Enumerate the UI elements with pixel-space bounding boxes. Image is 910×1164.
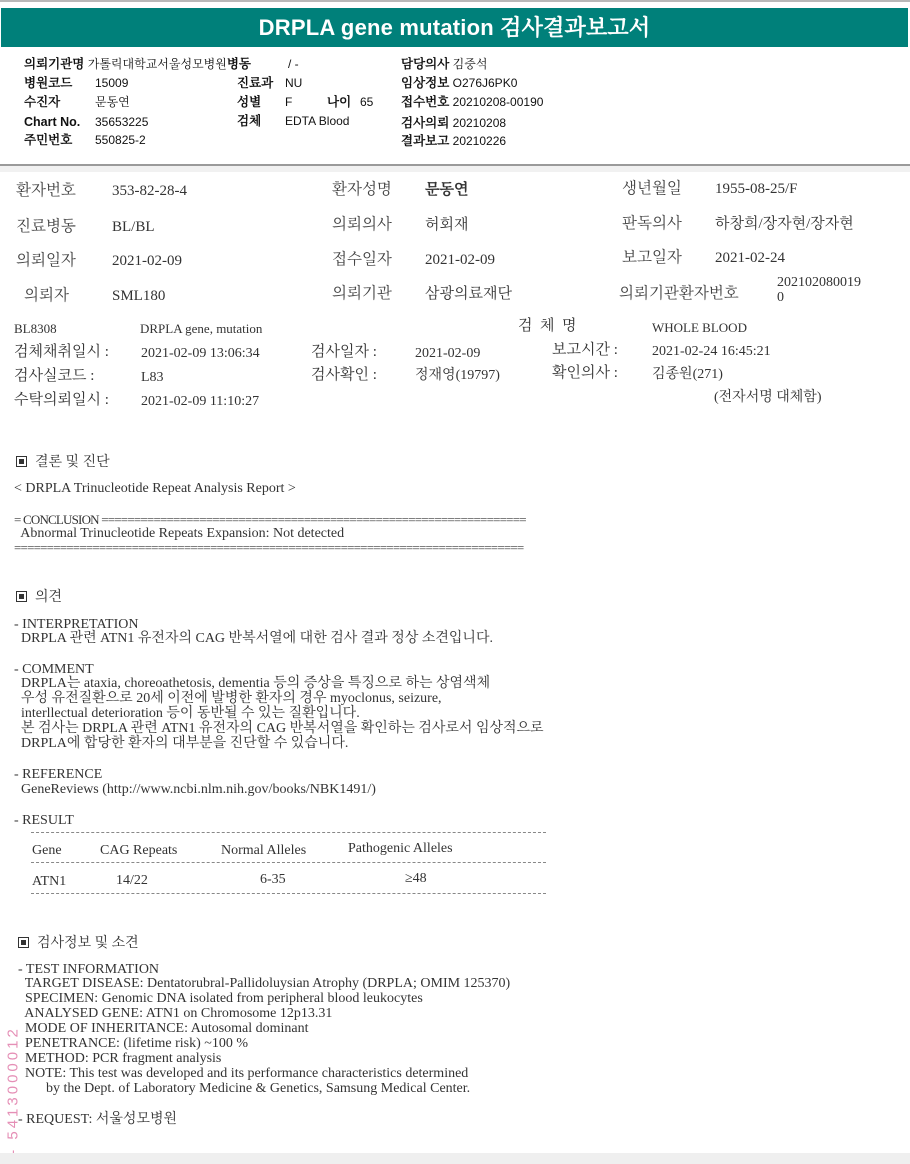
patient-value: 문동연 [95, 95, 130, 109]
conclusion-text: Abnormal Trinucleotide Repeats Expansion… [14, 526, 344, 541]
chart-label: Chart No. [24, 115, 80, 129]
report-time-label: 보고시간 : [552, 343, 618, 358]
side-stamp-number: - 5413000012 [5, 1026, 22, 1156]
institution-field: 의뢰기관명 가톨릭대학교서울성모병원병동 [24, 57, 251, 71]
test-date-value: 2021-02-09 [415, 346, 480, 361]
birthdate-label: 생년월일 [622, 180, 682, 198]
institution-patient-no-value-line1: 202102080019 [777, 276, 861, 290]
test-info-line: by the Dept. of Laboratory Medicine & Ge… [18, 1081, 470, 1096]
sex-label: 성별 [237, 95, 261, 109]
comment-line: DRPLA는 ataxia, choreoathetosis, dementia… [14, 676, 490, 691]
institution-patient-no-value-line2: 0 [777, 291, 784, 305]
test-info-line: ANALYSED GENE: ATN1 on Chromosome 12p13.… [18, 1006, 332, 1021]
interpretation-heading: - INTERPRETATION [14, 617, 138, 632]
request-date-label: 의뢰일자 [16, 252, 76, 270]
conclusion-rule-bottom: ========================================… [14, 540, 523, 555]
requesting-institution-label: 의뢰기관 [332, 285, 392, 303]
institution-value: 가톨릭대학교서울성모병원 [88, 57, 227, 71]
age-value: 65 [360, 95, 373, 109]
requesting-institution-value: 삼광의료재단 [425, 285, 512, 303]
doctor-field: 담당의사 김중석 [401, 57, 487, 71]
age-label: 나이 [327, 95, 351, 109]
patient-name-value: 문동연 [425, 181, 468, 199]
specimen-label: 검체 [237, 114, 261, 128]
institution-label: 의뢰기관명 [24, 57, 84, 71]
requester-label: 의뢰자 [24, 287, 69, 305]
outsourced-value: 2021-02-09 11:10:27 [141, 394, 259, 409]
receipt-date-label: 접수일자 [332, 251, 392, 269]
table-cell-normal: 6-35 [260, 872, 286, 887]
top-border [0, 0, 910, 2]
test-code: BL8308 [14, 321, 57, 336]
rrn-value: 550825-2 [95, 133, 146, 147]
table-header-cag: CAG Repeats [100, 843, 177, 858]
result-report-value: 20210226 [453, 134, 506, 148]
patient-label: 수진자 [24, 95, 60, 109]
lab-code-value: L83 [141, 370, 164, 385]
interpretation-text: DRPLA 관련 ATN1 유전자의 CAG 반복서열에 대한 검사 결과 정상… [14, 631, 493, 646]
request-field: 검사의뢰 20210208 [401, 116, 506, 130]
comment-heading: - COMMENT [14, 662, 94, 677]
result-report-field: 결과보고 20210226 [401, 134, 506, 148]
doctor-label: 담당의사 [401, 57, 449, 71]
reading-doctor-label: 판독의사 [622, 215, 682, 233]
reference-heading: - REFERENCE [14, 767, 102, 782]
chart-value: 35653225 [95, 115, 148, 129]
rrn-label: 주민번호 [24, 133, 72, 147]
hospital-code-label: 병원코드 [24, 76, 72, 90]
test-date-label: 검사일자 : [311, 345, 377, 360]
department-label: 진료과 [237, 76, 273, 90]
reading-doctor-value: 하창희/장자현/장자현 [715, 215, 854, 233]
table-rule [31, 893, 546, 894]
collected-label: 검체채취일시 : [14, 345, 109, 360]
report-date-value: 2021-02-24 [715, 249, 785, 267]
opinion-section-title: 의견 [16, 586, 62, 606]
report-date-label: 보고일자 [622, 249, 682, 267]
comment-line: DRPLA에 합당한 환자의 대부분을 진단할 수 있습니다. [14, 736, 348, 751]
outsourced-label: 수탁의뢰일시 : [14, 393, 109, 408]
ward-value: BL/BL [112, 218, 155, 236]
collected-value: 2021-02-09 13:06:34 [141, 346, 260, 361]
signature-note: (전자서명 대체함) [714, 390, 822, 405]
clinical-value: O276J6PK0 [453, 76, 518, 90]
test-info-line: PENETRANCE: (lifetime risk) ~100 % [18, 1036, 248, 1051]
verified-label: 검사확인 : [311, 368, 377, 383]
section-square-icon [18, 937, 29, 948]
receipt-field: 접수번호 20210208-00190 [401, 95, 543, 109]
test-info-section-title: 검사정보 및 소견 [18, 932, 139, 952]
table-header-pathogenic: Pathogenic Alleles [348, 841, 453, 856]
sex-value: F [285, 95, 292, 109]
referring-doctor-label: 의뢰의사 [332, 216, 392, 234]
result-report-label: 결과보고 [401, 134, 449, 148]
divider-band [0, 166, 910, 172]
request-line: - REQUEST: 서울성모병원 [18, 1112, 177, 1127]
patient-no-value: 353-82-28-4 [112, 182, 187, 200]
request-label: 검사의뢰 [401, 116, 449, 130]
clinical-label: 임상정보 [401, 76, 449, 90]
section-square-icon [16, 456, 27, 467]
lab-code-label: 검사실코드 : [14, 369, 94, 384]
specimen-value: EDTA Blood [285, 114, 349, 128]
birthdate-value: 1955-08-25/F [715, 180, 798, 198]
requester-value: SML180 [112, 287, 165, 305]
table-rule [31, 832, 546, 833]
ward-label: 진료병동 [16, 218, 76, 236]
test-info-line: NOTE: This test was developed and its pe… [18, 1066, 468, 1081]
conclusion-rule-top: = CONCLUSION ===========================… [14, 512, 526, 527]
test-info-line: MODE OF INHERITANCE: Autosomal dominant [18, 1021, 309, 1036]
institution-patient-no-label: 의뢰기관환자번호 [619, 285, 739, 303]
comment-line: 본 검사는 DRPLA 관련 ATN1 유전자의 CAG 반복서열을 확인하는 … [14, 721, 544, 736]
conclusion-section-title: 결론 및 진단 [16, 451, 110, 471]
table-cell-cag: 14/22 [116, 873, 148, 888]
section-square-icon [16, 591, 27, 602]
ward-label: 병동 [227, 57, 251, 71]
test-info-line: METHOD: PCR fragment analysis [18, 1051, 221, 1066]
receipt-date-value: 2021-02-09 [425, 251, 495, 269]
report-time-value: 2021-02-24 16:45:21 [652, 344, 771, 359]
department-value: NU [285, 76, 302, 90]
result-heading: - RESULT [14, 813, 74, 828]
patient-name-label: 환자성명 [332, 181, 392, 199]
table-cell-pathogenic: ≥48 [405, 871, 427, 886]
table-header-normal: Normal Alleles [221, 843, 306, 858]
confirm-doctor-value: 김종원(271) [652, 367, 723, 382]
table-rule [31, 862, 546, 863]
verified-value: 정재영(19797) [415, 368, 500, 383]
specimen-name-value: WHOLE BLOOD [652, 320, 747, 335]
confirm-doctor-label: 확인의사 : [552, 366, 618, 381]
comment-line: 우성 유전질환으로 20세 이전에 발병한 환자의 경우 myoclonus, … [14, 691, 442, 706]
reference-text: GeneReviews (http://www.ncbi.nlm.nih.gov… [14, 782, 376, 797]
receipt-label: 접수번호 [401, 95, 449, 109]
request-value: 20210208 [453, 116, 506, 130]
bottom-band [0, 1153, 910, 1164]
test-info-heading: - TEST INFORMATION [18, 962, 159, 977]
table-cell-gene: ATN1 [32, 874, 66, 889]
clinical-field: 임상정보 O276J6PK0 [401, 76, 517, 90]
test-info-line: SPECIMEN: Genomic DNA isolated from peri… [18, 991, 423, 1006]
referring-doctor-value: 허회재 [425, 216, 468, 234]
test-info-line: TARGET DISEASE: Dentatorubral-Pallidoluy… [18, 976, 510, 991]
table-header-gene: Gene [32, 843, 62, 858]
patient-no-label: 환자번호 [16, 182, 76, 200]
receipt-value: 20210208-00190 [453, 95, 544, 109]
report-title: DRPLA gene mutation 검사결과보고서 [1, 8, 908, 47]
test-name: DRPLA gene, mutation [140, 321, 262, 336]
ward-value: / - [288, 57, 299, 71]
hospital-code-value: 15009 [95, 76, 128, 90]
comment-line: interllectual deterioration 등이 동반될 수 있는 … [14, 706, 360, 721]
report-heading: < DRPLA Trinucleotide Repeat Analysis Re… [14, 481, 296, 496]
doctor-value: 김중석 [453, 57, 488, 71]
specimen-name-label: 검 체 명 [518, 319, 576, 334]
request-date-value: 2021-02-09 [112, 252, 182, 270]
